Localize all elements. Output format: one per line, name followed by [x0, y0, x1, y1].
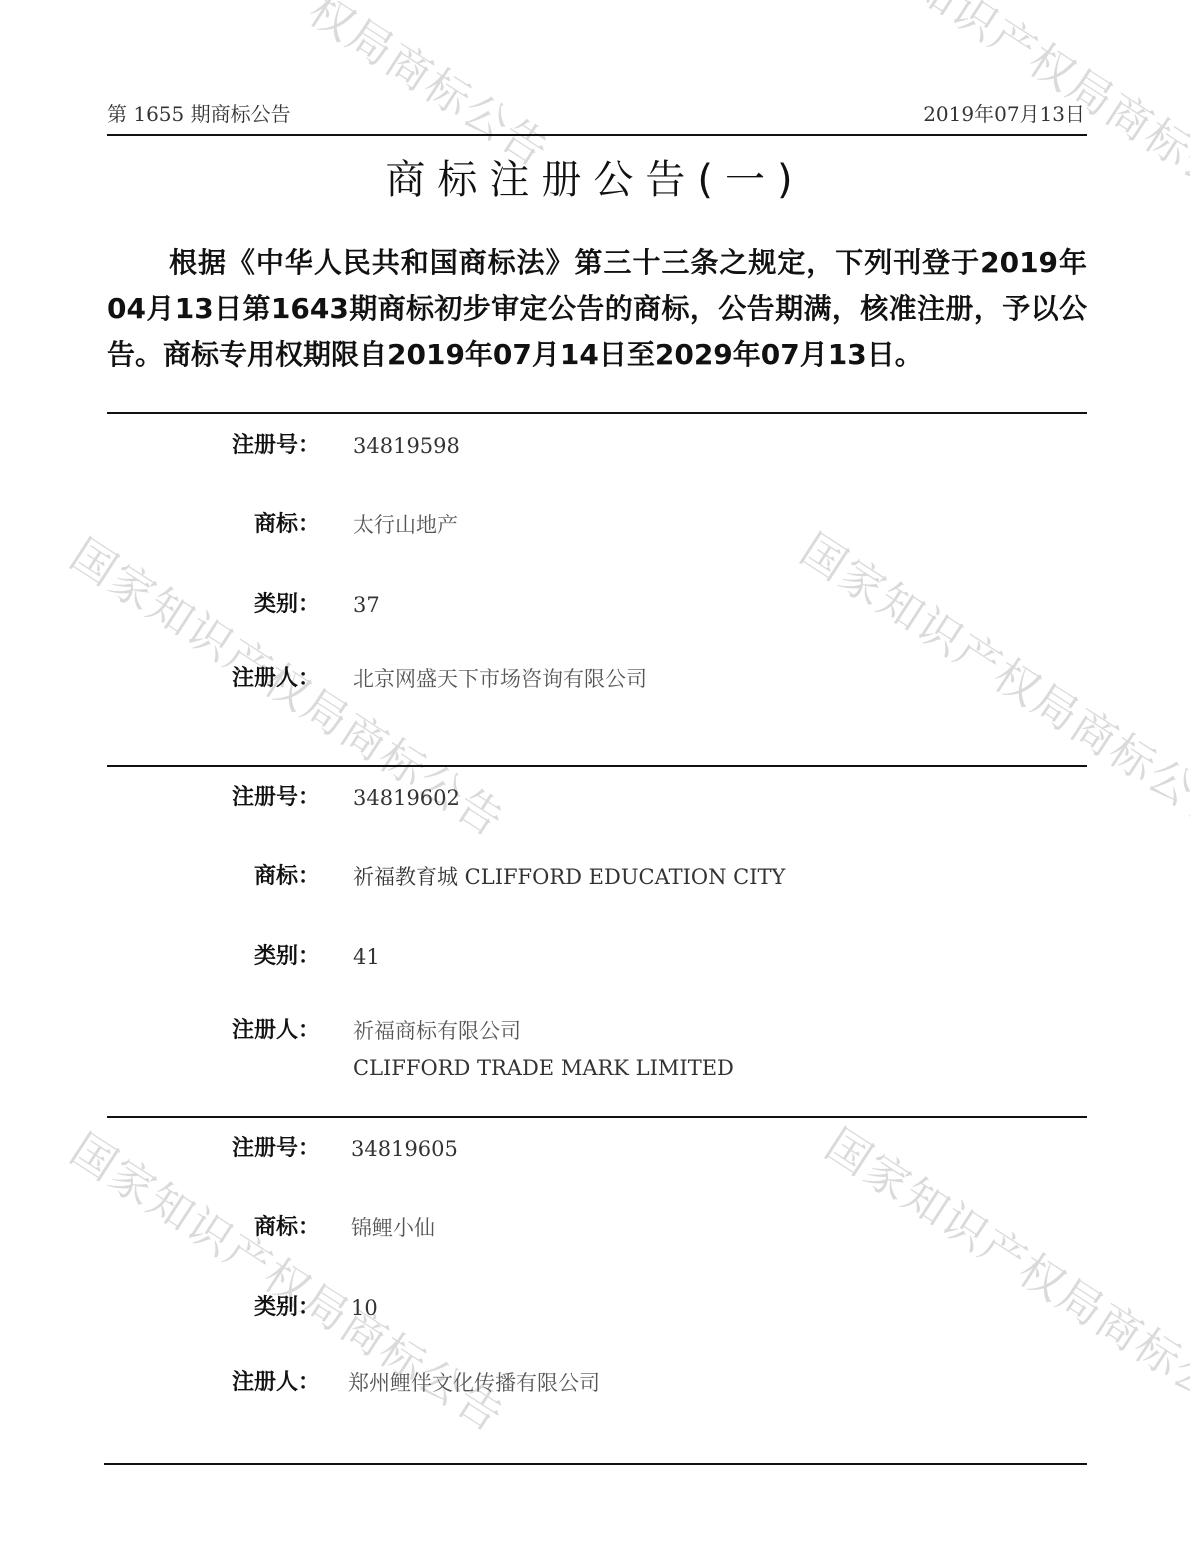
registrant-value: 郑州鲤伴文化传播有限公司: [348, 1365, 600, 1401]
reg-no-value: 34819602: [353, 780, 460, 816]
class-field: 类别： 41: [0, 939, 1190, 973]
reg-no-label: 注册号：: [232, 780, 320, 816]
mark-value: 祈福教育城 CLIFFORD EDUCATION CITY: [353, 859, 785, 895]
reg-no-label: 注册号：: [232, 428, 320, 464]
mark-field: 商标： 锦鲤小仙: [0, 1210, 1190, 1244]
mark-field: 商标： 太行山地产: [0, 507, 1190, 541]
registrant-field: 注册人： 郑州鲤伴文化传播有限公司: [0, 1365, 1190, 1399]
reg-no-label: 注册号：: [232, 1131, 320, 1167]
header-divider: [107, 134, 1087, 136]
record-divider: [107, 412, 1087, 414]
class-value: 37: [353, 587, 380, 623]
reg-no-field: 注册号： 34819598: [0, 428, 1190, 462]
registrant-value: 北京网盛天下市场咨询有限公司: [353, 661, 647, 697]
mark-label: 商标：: [254, 507, 320, 543]
mark-label: 商标：: [254, 859, 320, 895]
class-label: 类别：: [254, 1290, 320, 1326]
class-field: 类别： 10: [0, 1290, 1190, 1324]
class-value: 10: [351, 1290, 378, 1326]
registrant-label: 注册人：: [232, 661, 320, 697]
mark-value: 太行山地产: [353, 507, 458, 543]
page-bottom-divider: [104, 1463, 1087, 1465]
page-title: 商标注册公告(一): [0, 148, 1190, 205]
class-label: 类别：: [254, 939, 320, 975]
registrant-field: 注册人： 北京网盛天下市场咨询有限公司: [0, 661, 1190, 695]
mark-field: 商标： 祈福教育城 CLIFFORD EDUCATION CITY: [0, 859, 1190, 893]
class-field: 类别： 37: [0, 587, 1190, 621]
issue-number: 第 1655 期商标公告: [107, 98, 291, 127]
record-divider: [107, 765, 1087, 767]
issue-date: 2019年07月13日: [923, 98, 1085, 127]
reg-no-value: 34819598: [353, 428, 460, 464]
registrant-en-value: CLIFFORD TRADE MARK LIMITED: [353, 1050, 734, 1086]
registrant-label: 注册人：: [232, 1365, 320, 1401]
mark-label: 商标：: [254, 1210, 320, 1246]
reg-no-field: 注册号： 34819602: [0, 780, 1190, 814]
registrant-value: 祈福商标有限公司: [353, 1013, 521, 1049]
class-label: 类别：: [254, 587, 320, 623]
registrant-en-field: CLIFFORD TRADE MARK LIMITED: [0, 1050, 1190, 1084]
registrant-field: 注册人： 祈福商标有限公司: [0, 1013, 1190, 1047]
reg-no-value: 34819605: [351, 1131, 458, 1167]
class-value: 41: [353, 939, 380, 975]
intro-paragraph: 根据《中华人民共和国商标法》第三十三条之规定，下列刊登于2019年04月13日第…: [107, 240, 1087, 378]
record-divider: [107, 1116, 1087, 1118]
page-header: 第 1655 期商标公告 2019年07月13日: [107, 98, 1085, 130]
registrant-label: 注册人：: [232, 1013, 320, 1049]
mark-value: 锦鲤小仙: [351, 1210, 435, 1246]
reg-no-field: 注册号： 34819605: [0, 1131, 1190, 1165]
